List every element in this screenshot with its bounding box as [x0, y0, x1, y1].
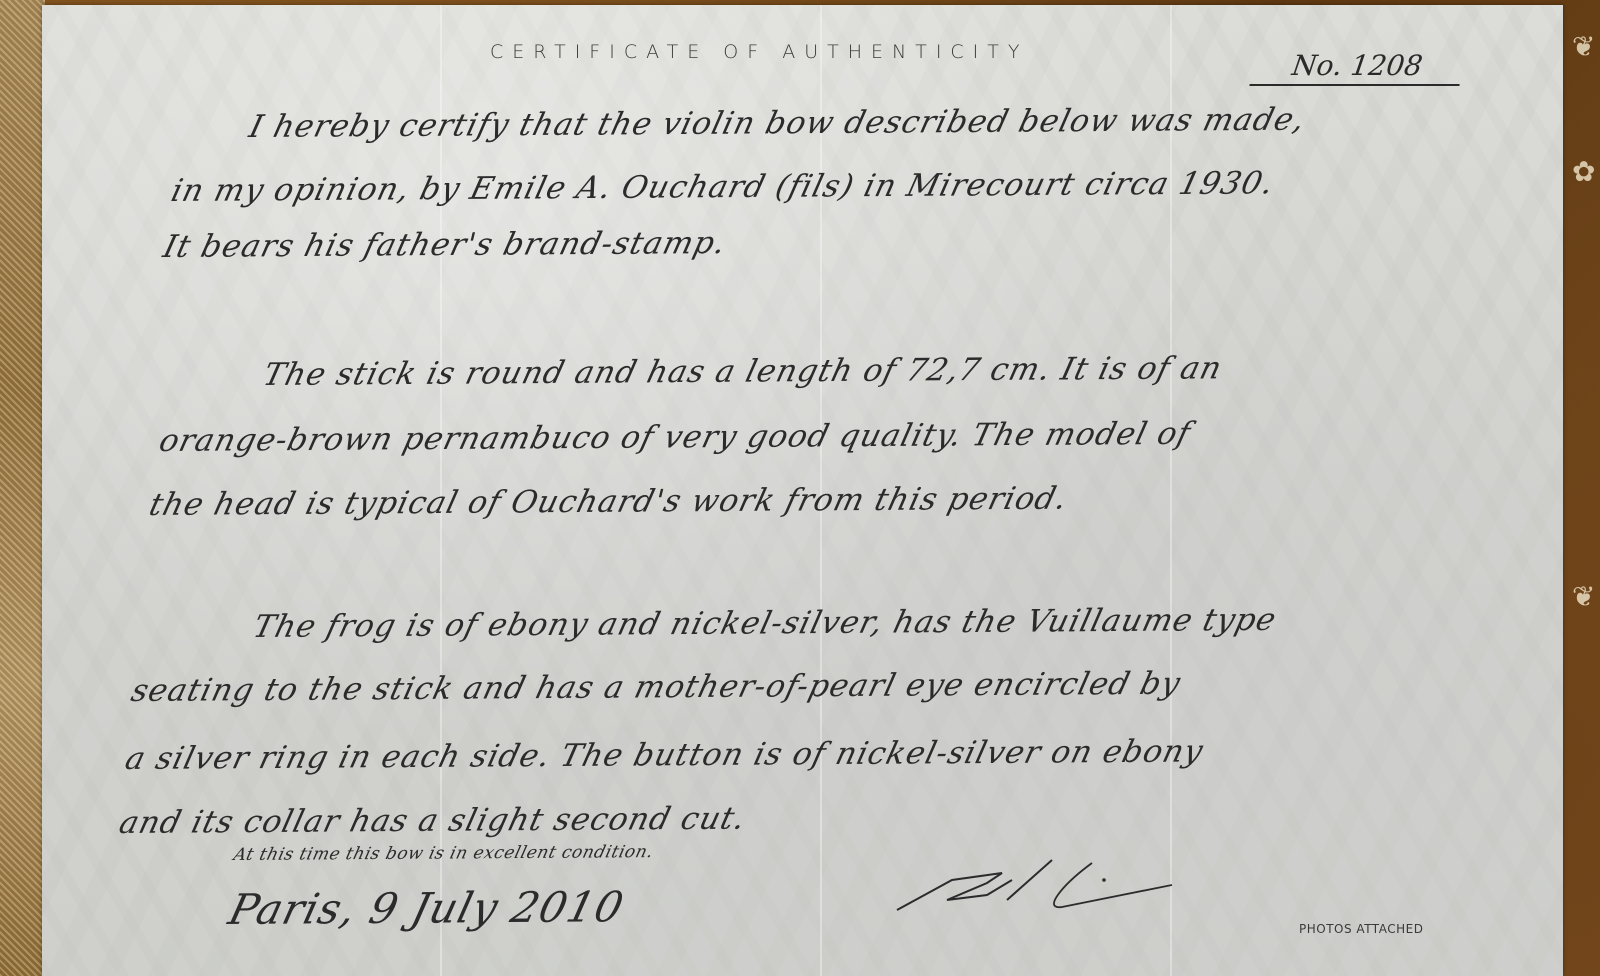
background-fabric [0, 0, 45, 976]
paragraph-3-line-4: and its collar has a slight second cut. [116, 801, 750, 841]
paragraph-1-line-2: in my opinion, by Emile A. Ouchard (fils… [168, 165, 1278, 209]
ornament-icon: ❦ [1572, 580, 1595, 613]
photos-attached-note: PHOTOS ATTACHED [1299, 922, 1423, 936]
paragraph-3-line-2: seating to the stick and has a mother-of… [128, 666, 1185, 709]
certificate-number: No. 1208 [1249, 49, 1464, 86]
ornament-icon: ❦ [1572, 30, 1595, 63]
paragraph-3-line-1: The frog is of ebony and nickel-silver, … [250, 602, 1281, 645]
fold-line [1170, 5, 1172, 976]
paragraph-2-line-1: The stick is round and has a length of 7… [260, 350, 1226, 393]
paragraph-3-line-3: a silver ring in each side. The button i… [122, 733, 1208, 777]
ornament-icon: ✿ [1572, 155, 1595, 188]
signature [892, 855, 1172, 925]
paragraph-1-line-1: I hereby certify that the violin bow des… [246, 102, 1309, 145]
condition-note: At this time this bow is in excellent co… [232, 842, 656, 865]
place-and-date: Paris, 9 July 2010 [224, 882, 629, 934]
paragraph-2-line-3: the head is typical of Ouchard's work fr… [146, 481, 1072, 523]
paragraph-2-line-2: orange-brown pernambuco of very good qua… [156, 416, 1195, 459]
certificate-paper: CERTIFICATE OF AUTHENTICITY No. 1208 I h… [42, 5, 1563, 976]
certificate-title: CERTIFICATE OF AUTHENTICITY [490, 41, 1029, 63]
paragraph-1-line-3: It bears his father's brand-stamp. [160, 225, 730, 265]
